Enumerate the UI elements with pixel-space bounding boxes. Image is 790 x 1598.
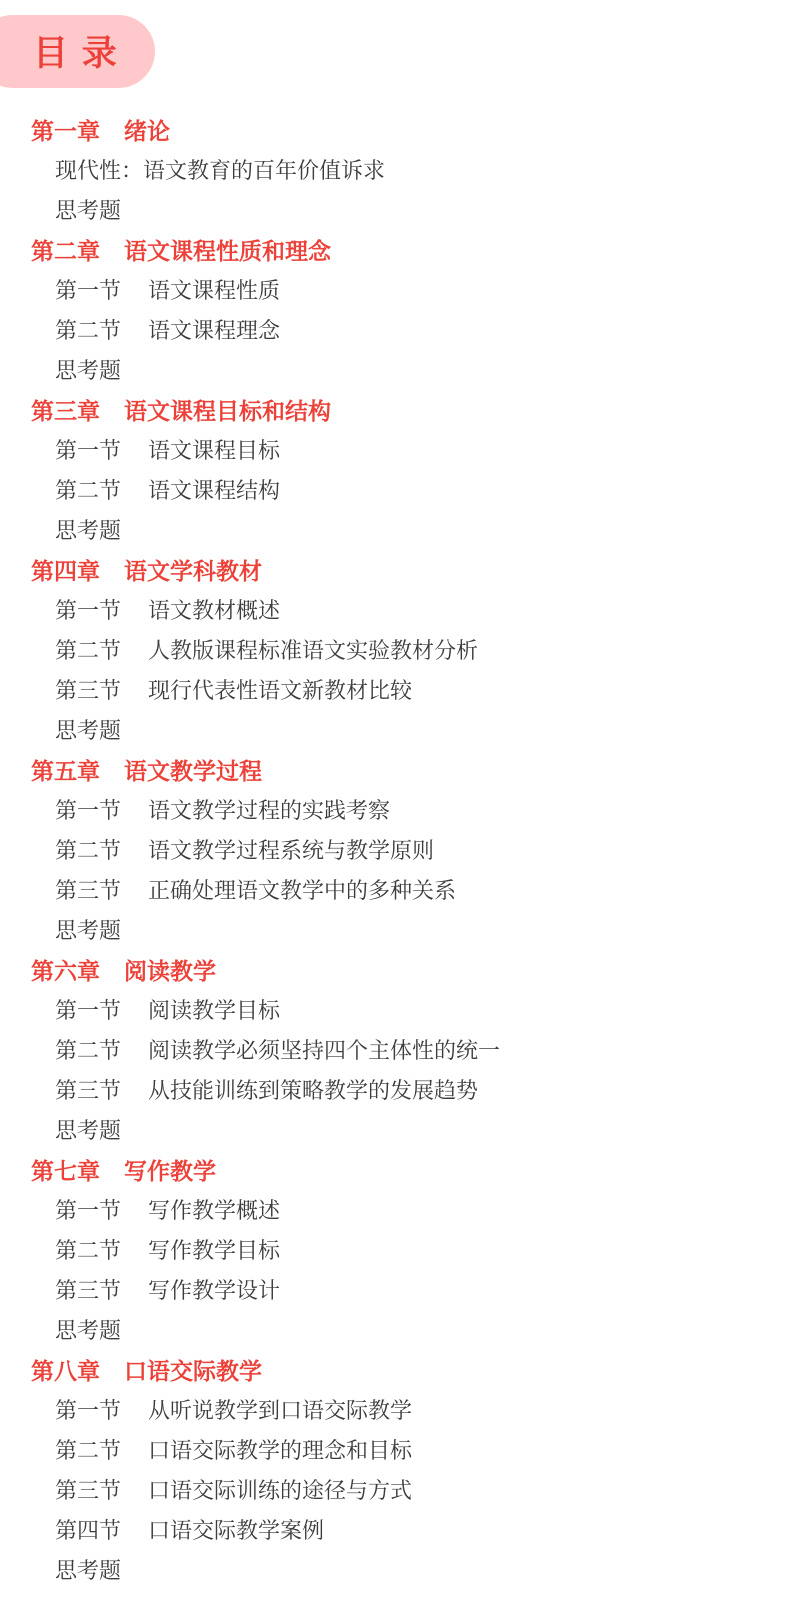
toc-item-row[interactable]: 第二节口语交际教学的理念和目标	[0, 1431, 790, 1471]
item-label: 第一节	[55, 278, 121, 303]
toc-item-row[interactable]: 思考题	[0, 511, 790, 551]
item-label: 第一节	[55, 1398, 121, 1423]
item-label: 第二节	[55, 638, 121, 663]
item-title: 现代性：语文教育的百年价值诉求	[55, 158, 385, 183]
chapter-row[interactable]: 第四章语文学科教材	[0, 551, 790, 591]
chapter-row[interactable]: 第五章语文教学过程	[0, 751, 790, 791]
chapter-title: 阅读教学	[124, 958, 216, 984]
item-title: 写作教学概述	[148, 1198, 280, 1223]
toc-item-row[interactable]: 第一节写作教学概述	[0, 1191, 790, 1231]
item-title: 口语交际教学的理念和目标	[148, 1438, 412, 1463]
item-title: 口语交际教学案例	[148, 1518, 324, 1543]
toc-item-row[interactable]: 第二节语文课程理念	[0, 311, 790, 351]
toc-section: 第七章写作教学 第一节写作教学概述 第二节写作教学目标 第三节写作教学设计 思考…	[0, 1151, 790, 1351]
item-title: 人教版课程标准语文实验教材分析	[148, 638, 478, 663]
toc-item-row[interactable]: 第三节从技能训练到策略教学的发展趋势	[0, 1071, 790, 1111]
chapter-label: 第三章	[31, 398, 100, 424]
toc-item-row[interactable]: 第四节口语交际教学案例	[0, 1511, 790, 1551]
chapter-title: 口语交际教学	[124, 1358, 262, 1384]
item-title: 思考题	[55, 1118, 121, 1143]
toc-item-row[interactable]: 第二节阅读教学必须坚持四个主体性的统一	[0, 1031, 790, 1071]
toc-section: 第六章阅读教学 第一节阅读教学目标 第二节阅读教学必须坚持四个主体性的统一 第三…	[0, 951, 790, 1151]
toc-item-row[interactable]: 第三节口语交际训练的途径与方式	[0, 1471, 790, 1511]
chapter-label: 第七章	[31, 1158, 100, 1184]
chapter-title: 语文课程目标和结构	[124, 398, 331, 424]
toc-item-row[interactable]: 第二节语文教学过程系统与教学原则	[0, 831, 790, 871]
item-title: 语文课程性质	[148, 278, 280, 303]
chapter-title: 语文课程性质和理念	[124, 238, 331, 264]
item-label: 第二节	[55, 1038, 121, 1063]
chapter-label: 第五章	[31, 758, 100, 784]
toc-item-row[interactable]: 思考题	[0, 711, 790, 751]
toc-item-row[interactable]: 思考题	[0, 351, 790, 391]
item-title: 语文课程目标	[148, 438, 280, 463]
item-title: 阅读教学目标	[148, 998, 280, 1023]
toc-section: 第二章语文课程性质和理念 第一节语文课程性质 第二节语文课程理念 思考题	[0, 231, 790, 391]
item-label: 第三节	[55, 1478, 121, 1503]
item-label: 第一节	[55, 438, 121, 463]
item-label: 第三节	[55, 678, 121, 703]
toc-section: 第八章口语交际教学 第一节从听说教学到口语交际教学 第二节口语交际教学的理念和目…	[0, 1351, 790, 1591]
toc-section: 第三章语文课程目标和结构 第一节语文课程目标 第二节语文课程结构 思考题	[0, 391, 790, 551]
toc-item-row[interactable]: 思考题	[0, 1551, 790, 1591]
chapter-label: 第二章	[31, 238, 100, 264]
item-title: 写作教学目标	[148, 1238, 280, 1263]
chapter-label: 第八章	[31, 1358, 100, 1384]
toc-list: 第一章绪论 现代性：语文教育的百年价值诉求 思考题 第二章语文课程性质和理念 第…	[0, 111, 790, 1591]
toc-section: 第一章绪论 现代性：语文教育的百年价值诉求 思考题	[0, 111, 790, 231]
toc-item-row[interactable]: 第三节现行代表性语文新教材比较	[0, 671, 790, 711]
toc-section: 第四章语文学科教材 第一节语文教材概述 第二节人教版课程标准语文实验教材分析 第…	[0, 551, 790, 751]
item-title: 口语交际训练的途径与方式	[148, 1478, 412, 1503]
chapter-row[interactable]: 第八章口语交际教学	[0, 1351, 790, 1391]
item-label: 第二节	[55, 1238, 121, 1263]
item-label: 第三节	[55, 878, 121, 903]
item-label: 第二节	[55, 1438, 121, 1463]
item-label: 第三节	[55, 1078, 121, 1103]
item-title: 阅读教学必须坚持四个主体性的统一	[148, 1038, 500, 1063]
item-title: 思考题	[55, 358, 121, 383]
toc-item-row[interactable]: 第一节语文教学过程的实践考察	[0, 791, 790, 831]
chapter-title: 绪论	[124, 118, 170, 144]
toc-page-title: 目 录	[33, 26, 119, 76]
item-title: 思考题	[55, 918, 121, 943]
chapter-row[interactable]: 第七章写作教学	[0, 1151, 790, 1191]
toc-item-row[interactable]: 现代性：语文教育的百年价值诉求	[0, 151, 790, 191]
toc-item-row[interactable]: 第一节语文课程目标	[0, 431, 790, 471]
chapter-row[interactable]: 第一章绪论	[0, 111, 790, 151]
item-title: 现行代表性语文新教材比较	[148, 678, 412, 703]
chapter-row[interactable]: 第三章语文课程目标和结构	[0, 391, 790, 431]
chapter-label: 第六章	[31, 958, 100, 984]
toc-section: 第五章语文教学过程 第一节语文教学过程的实践考察 第二节语文教学过程系统与教学原…	[0, 751, 790, 951]
toc-item-row[interactable]: 思考题	[0, 1111, 790, 1151]
item-label: 第二节	[55, 838, 121, 863]
item-label: 第二节	[55, 318, 121, 343]
toc-item-row[interactable]: 思考题	[0, 911, 790, 951]
item-title: 从技能训练到策略教学的发展趋势	[148, 1078, 478, 1103]
toc-item-row[interactable]: 思考题	[0, 1311, 790, 1351]
toc-item-row[interactable]: 第二节写作教学目标	[0, 1231, 790, 1271]
item-title: 正确处理语文教学中的多种关系	[148, 878, 456, 903]
toc-header-badge: 目 录	[0, 15, 155, 88]
chapter-label: 第一章	[31, 118, 100, 144]
toc-item-row[interactable]: 第二节语文课程结构	[0, 471, 790, 511]
item-title: 语文教材概述	[148, 598, 280, 623]
chapter-title: 写作教学	[124, 1158, 216, 1184]
item-title: 思考题	[55, 1558, 121, 1583]
item-title: 思考题	[55, 518, 121, 543]
item-label: 第四节	[55, 1518, 121, 1543]
toc-item-row[interactable]: 第一节阅读教学目标	[0, 991, 790, 1031]
chapter-title: 语文学科教材	[124, 558, 262, 584]
item-label: 第二节	[55, 478, 121, 503]
toc-item-row[interactable]: 第三节正确处理语文教学中的多种关系	[0, 871, 790, 911]
item-label: 第一节	[55, 798, 121, 823]
item-title: 从听说教学到口语交际教学	[148, 1398, 412, 1423]
item-title: 语文课程结构	[148, 478, 280, 503]
item-label: 第三节	[55, 1278, 121, 1303]
item-title: 语文教学过程的实践考察	[148, 798, 390, 823]
toc-item-row[interactable]: 第三节写作教学设计	[0, 1271, 790, 1311]
chapter-title: 语文教学过程	[124, 758, 262, 784]
item-title: 思考题	[55, 718, 121, 743]
item-title: 写作教学设计	[148, 1278, 280, 1303]
item-label: 第一节	[55, 1198, 121, 1223]
chapter-row[interactable]: 第二章语文课程性质和理念	[0, 231, 790, 271]
toc-item-row[interactable]: 第一节语文教材概述	[0, 591, 790, 631]
item-title: 思考题	[55, 198, 121, 223]
item-label: 第一节	[55, 998, 121, 1023]
chapter-label: 第四章	[31, 558, 100, 584]
toc-item-row[interactable]: 第一节从听说教学到口语交际教学	[0, 1391, 790, 1431]
chapter-row[interactable]: 第六章阅读教学	[0, 951, 790, 991]
item-title: 语文课程理念	[148, 318, 280, 343]
item-title: 语文教学过程系统与教学原则	[148, 838, 434, 863]
toc-item-row[interactable]: 思考题	[0, 191, 790, 231]
item-label: 第一节	[55, 598, 121, 623]
toc-item-row[interactable]: 第二节人教版课程标准语文实验教材分析	[0, 631, 790, 671]
item-title: 思考题	[55, 1318, 121, 1343]
toc-item-row[interactable]: 第一节语文课程性质	[0, 271, 790, 311]
